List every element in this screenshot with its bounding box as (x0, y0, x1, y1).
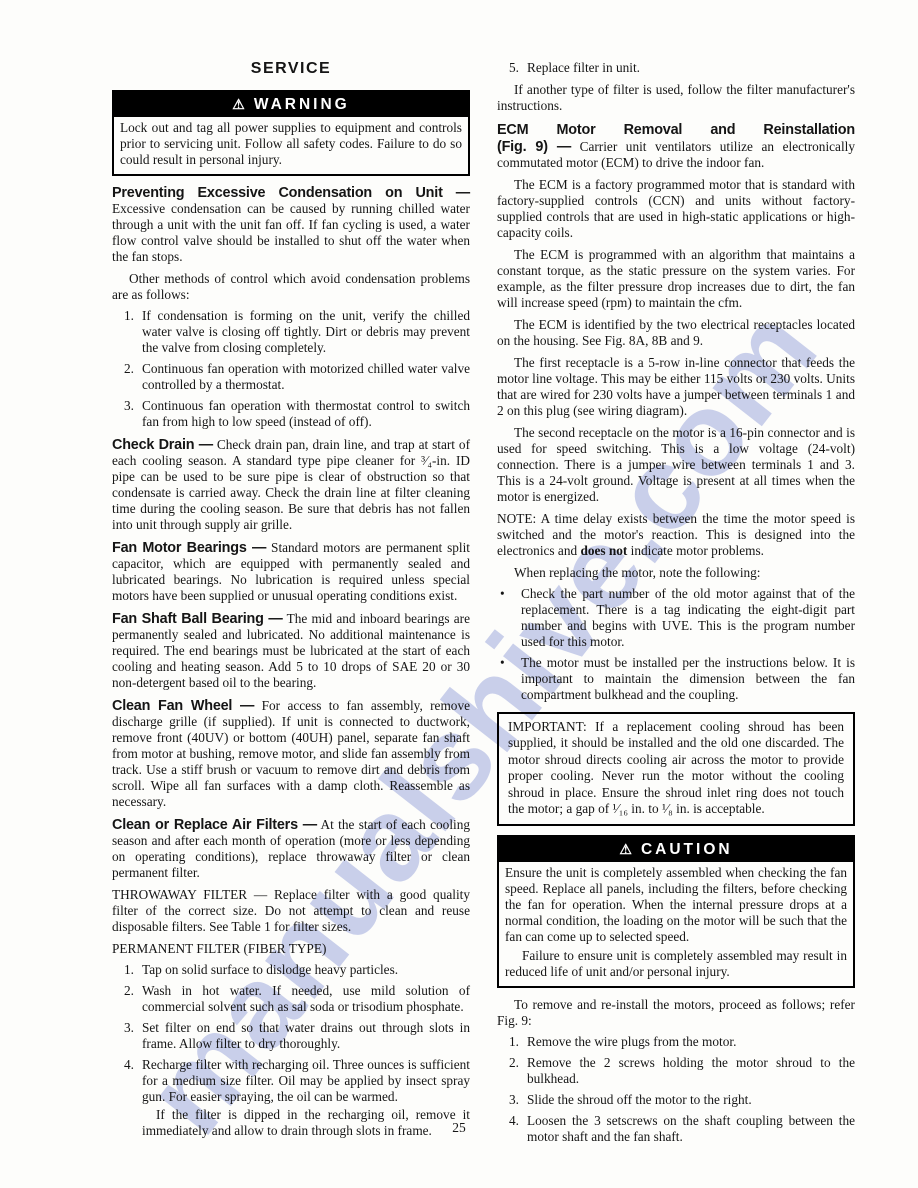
section-preventing-condensation: Preventing Excessive Condensation on Uni… (112, 185, 470, 265)
section-heading: Preventing Excessive Condensation on Uni… (112, 185, 470, 201)
warning-box-header: ⚠WARNING (114, 92, 468, 117)
caution-box-body: Ensure the unit is completely assembled … (499, 862, 853, 986)
important-box: IMPORTANT: If a replacement cooling shro… (497, 712, 855, 826)
bullet-marker: • (497, 655, 521, 703)
section-body: Excessive condensation can be caused by … (112, 201, 470, 264)
section-heading: Fan Shaft Ball Bearing — (112, 611, 283, 627)
list-item: 3.Slide the shroud off the motor to the … (497, 1092, 855, 1108)
bullet-item: •Check the part number of the old motor … (497, 586, 855, 650)
list-number: 1. (497, 1034, 527, 1050)
note-bold-text: does not (580, 543, 627, 558)
list-item: 3.Continuous fan operation with thermost… (112, 398, 470, 430)
warning-triangle-icon: ⚠ (232, 96, 245, 112)
left-column: SERVICE ⚠WARNING Lock out and tag all po… (112, 60, 470, 1139)
caution-box: ⚠CAUTION Ensure the unit is completely a… (497, 835, 855, 988)
paragraph-note: NOTE: A time delay exists between the ti… (497, 511, 855, 559)
list-item: 2.Continuous fan operation with motorize… (112, 361, 470, 393)
list-item: 3.Set filter on end so that water drains… (112, 1020, 470, 1052)
list-number: 1. (112, 962, 142, 978)
page-title: SERVICE (112, 60, 470, 78)
paragraph-other-filter-type: If another type of filter is used, follo… (497, 82, 855, 114)
paragraph-ecm-5: The second receptacle on the motor is a … (497, 425, 855, 505)
document-page: manualshive.com SERVICE ⚠WARNING Lock ou… (0, 0, 918, 1188)
list-number: 1. (112, 308, 142, 356)
paragraph-ecm-2: The ECM is programmed with an algorithm … (497, 247, 855, 311)
list-number: 3. (497, 1092, 527, 1108)
section-heading: Clean Fan Wheel — (112, 698, 254, 714)
paragraph-ecm-3: The ECM is identified by the two electri… (497, 317, 855, 349)
list-number: 2. (497, 1055, 527, 1087)
section-clean-replace-air-filters: Clean or Replace Air Filters — At the st… (112, 817, 470, 881)
section-check-drain: Check Drain — Check drain pan, drain lin… (112, 437, 470, 533)
caution-box-title: CAUTION (641, 841, 733, 858)
section-heading-ecm-line1: ECM Motor Removal and Reinstallation (497, 122, 855, 139)
paragraph-throwaway-filter: THROWAWAY FILTER — Replace filter with a… (112, 887, 470, 935)
section-heading: Fan Motor Bearings — (112, 540, 266, 556)
caution-box-header: ⚠CAUTION (499, 837, 853, 862)
paragraph-ecm-1: The ECM is a factory programmed motor th… (497, 177, 855, 241)
page-number: 25 (0, 1120, 918, 1136)
list-item: 2.Remove the 2 screws holding the motor … (497, 1055, 855, 1087)
section-fan-motor-bearings: Fan Motor Bearings — Standard motors are… (112, 540, 470, 604)
warning-box: ⚠WARNING Lock out and tag all power supp… (112, 90, 470, 176)
list-number: 3. (112, 398, 142, 430)
list-item: 5.Replace filter in unit. (497, 60, 855, 76)
paragraph-ecm-4: The first receptacle is a 5-row in-line … (497, 355, 855, 419)
section-body: For access to fan assembly, remove disch… (112, 698, 470, 809)
warning-box-body: Lock out and tag all power supplies to e… (114, 117, 468, 174)
paragraph-when-replacing: When replacing the motor, note the follo… (497, 565, 855, 581)
section-fan-shaft-ball-bearing: Fan Shaft Ball Bearing — The mid and inb… (112, 611, 470, 691)
list-number: 5. (497, 60, 527, 76)
section-clean-fan-wheel: Clean Fan Wheel — For access to fan asse… (112, 698, 470, 810)
paragraph-remove-reinstall: To remove and re-install the motors, pro… (497, 997, 855, 1029)
warning-triangle-icon: ⚠ (619, 841, 632, 857)
warning-box-title: WARNING (254, 96, 350, 113)
right-column: 5.Replace filter in unit. If another typ… (497, 60, 855, 1145)
list-item: 2.Wash in hot water. If needed, use mild… (112, 983, 470, 1015)
section-heading: Check Drain — (112, 437, 213, 453)
section-heading: Clean or Replace Air Filters — (112, 817, 317, 833)
list-item: 1.Remove the wire plugs from the motor. (497, 1034, 855, 1050)
list-item: 1.If condensation is forming on the unit… (112, 308, 470, 356)
list-number: 2. (112, 361, 142, 393)
paragraph-permanent-filter: PERMANENT FILTER (FIBER TYPE) (112, 941, 470, 957)
list-item: 1.Tap on solid surface to dislodge heavy… (112, 962, 470, 978)
list-number: 2. (112, 983, 142, 1015)
section-ecm-motor-removal: (Fig. 9) — Carrier unit ventilators util… (497, 139, 855, 171)
bullet-item: •The motor must be installed per the ins… (497, 655, 855, 703)
paragraph-other-methods: Other methods of control which avoid con… (112, 271, 470, 303)
section-heading-ecm-line2: (Fig. 9) — (497, 139, 571, 155)
bullet-marker: • (497, 586, 521, 650)
list-number: 3. (112, 1020, 142, 1052)
